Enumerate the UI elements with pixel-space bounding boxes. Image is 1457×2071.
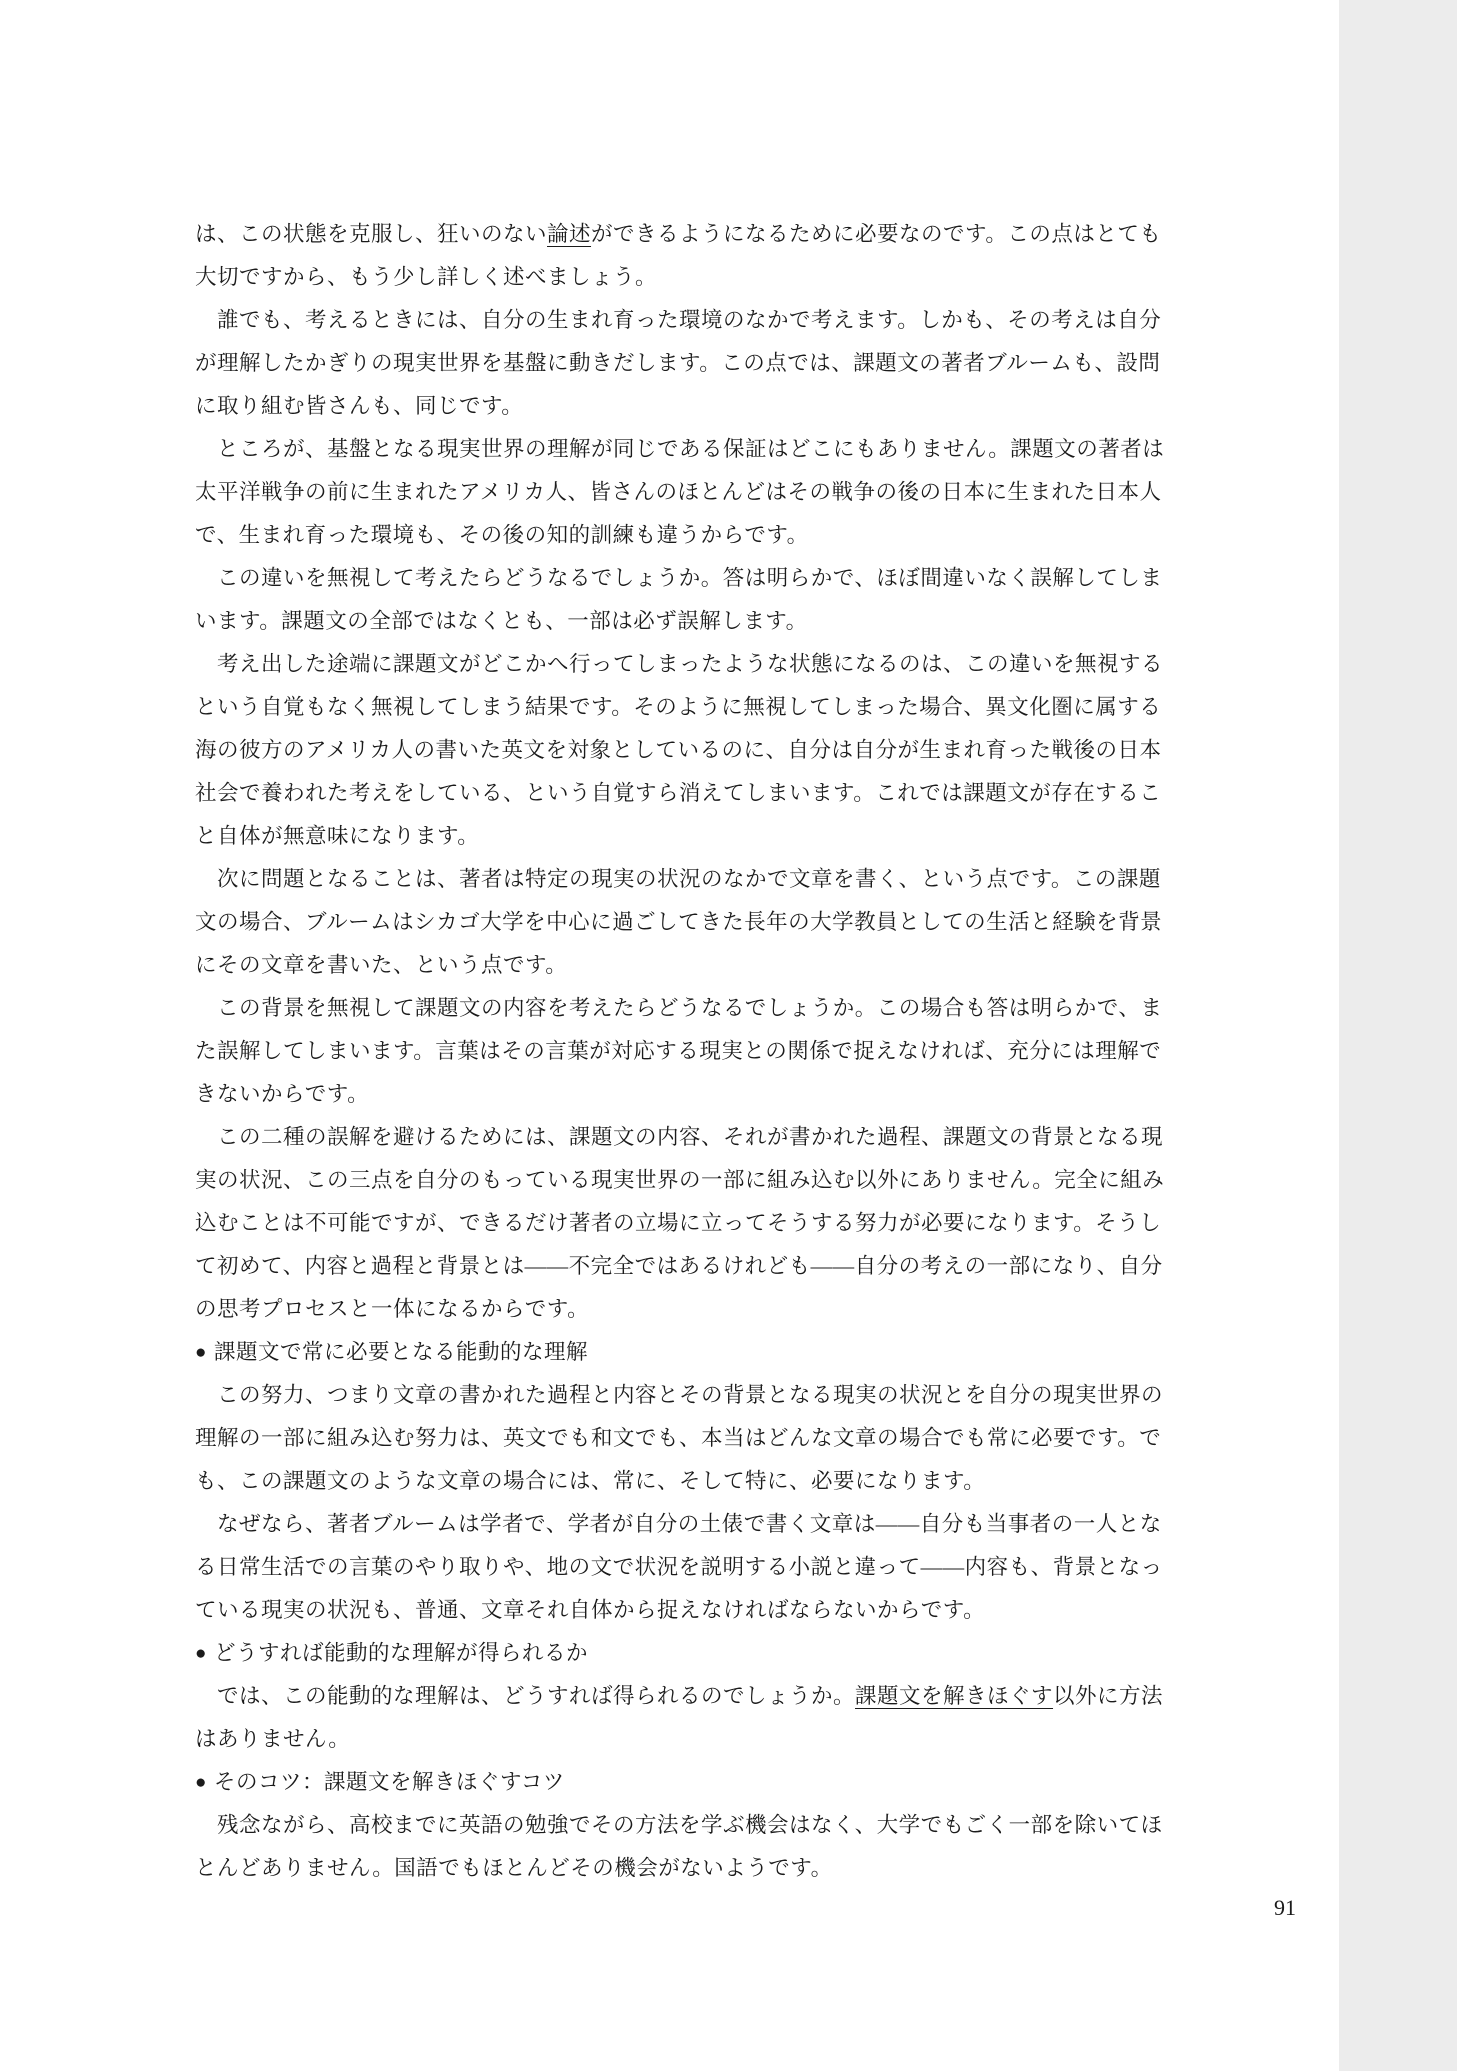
- text-line: る日常生活での言葉のやり取りや、地の文で状況を説明する小説と違って——内容も、背…: [195, 1546, 1253, 1589]
- text-line: も、この課題文のような文章の場合には、常に、そして特に、必要になります。: [195, 1460, 1253, 1503]
- text-segment: 込むことは不可能ですが、できるだけ著者の立場に立ってそうする努力が必要になります…: [195, 1211, 1161, 1235]
- text-line: はありません。: [195, 1718, 1253, 1761]
- text-line: に取り組む皆さんも、同じです。: [195, 385, 1253, 428]
- text-segment: という自覚もなく無視してしまう結果です。そのように無視してしまった場合、異文化圏…: [195, 695, 1161, 719]
- text-segment: 残念ながら、高校までに英語の勉強でその方法を学ぶ機会はなく、大学でもごく一部を除…: [195, 1813, 1163, 1837]
- text-segment: はありません。: [195, 1727, 350, 1751]
- text-segment: が理解したかぎりの現実世界を基盤に動きだします。この点では、課題文の著者ブルーム…: [195, 351, 1160, 375]
- text-segment: ところが、基盤となる現実世界の理解が同じである保証はどこにもありません。課題文の…: [195, 437, 1164, 461]
- text-segment: 理解の一部に組み込む努力は、英文でも和文でも、本当はどんな文章の場合でも常に必要…: [195, 1426, 1161, 1450]
- page-number: 91: [1255, 1893, 1315, 1923]
- text-line: ている現実の状況も、普通、文章それ自体から捉えなければならないからです。: [195, 1589, 1253, 1632]
- text-line: て初めて、内容と過程と背景とは——不完全ではあるけれども——自分の考えの一部にな…: [195, 1245, 1253, 1288]
- text-segment: ている現実の状況も、普通、文章それ自体から捉えなければならないからです。: [195, 1598, 985, 1622]
- text-line: きないからです。: [195, 1073, 1253, 1116]
- bullet-icon: ●: [195, 1761, 207, 1804]
- text-segment: そのコツ：課題文を解きほぐすコツ: [214, 1770, 565, 1794]
- section-heading: ●どうすれば能動的な理解が得られるか: [195, 1632, 1253, 1675]
- text-line: この違いを無視して考えたらどうなるでしょうか。答は明らかで、ほぼ間違いなく誤解し…: [195, 557, 1253, 600]
- text-segment: きないからです。: [195, 1082, 369, 1106]
- text-segment: に取り組む皆さんも、同じです。: [195, 394, 523, 418]
- text-segment: 誰でも、考えるときには、自分の生まれ育った環境のなかで考えます。しかも、その考え…: [195, 308, 1161, 332]
- text-segment: います。課題文の全部ではなくとも、一部は必ず誤解します。: [195, 609, 808, 633]
- text-segment: て初めて、内容と過程と背景とは——不完全ではあるけれども——自分の考えの一部にな…: [195, 1254, 1163, 1278]
- text-line: にその文章を書いた、という点です。: [195, 944, 1253, 987]
- text-segment: 実の状況、この三点を自分のもっている現実世界の一部に組み込む以外にありません。完…: [195, 1168, 1164, 1192]
- text-line: 込むことは不可能ですが、できるだけ著者の立場に立ってそうする努力が必要になります…: [195, 1202, 1253, 1245]
- text-line: この背景を無視して課題文の内容を考えたらどうなるでしょうか。この場合も答は明らか…: [195, 987, 1253, 1030]
- text-segment: 文の場合、ブルームはシカゴ大学を中心に過ごしてきた長年の大学教員としての生活と経…: [195, 910, 1162, 934]
- text-line: ところが、基盤となる現実世界の理解が同じである保証はどこにもありません。課題文の…: [195, 428, 1253, 471]
- text-line: 海の彼方のアメリカ人の書いた英文を対象としているのに、自分は自分が生まれ育った戦…: [195, 729, 1253, 772]
- section-heading: ●そのコツ：課題文を解きほぐすコツ: [195, 1761, 1253, 1804]
- text-segment: る日常生活での言葉のやり取りや、地の文で状況を説明する小説と違って——内容も、背…: [195, 1555, 1163, 1579]
- text-line: 実の状況、この三点を自分のもっている現実世界の一部に組み込む以外にありません。完…: [195, 1159, 1253, 1202]
- text-line: 誰でも、考えるときには、自分の生まれ育った環境のなかで考えます。しかも、その考え…: [195, 299, 1253, 342]
- text-segment: た誤解してしまいます。言葉はその言葉が対応する現実との関係で捉えなければ、充分に…: [195, 1039, 1161, 1063]
- text-segment: 課題文で常に必要となる能動的な理解: [214, 1340, 588, 1364]
- text-segment: ができるようになるために必要なのです。この点はとても: [591, 222, 1161, 246]
- text-segment: なぜなら、著者ブルームは学者で、学者が自分の土俵で書く文章は——自分も当事者の一…: [195, 1512, 1162, 1536]
- text-segment: 以外に方法: [1053, 1684, 1163, 1708]
- underlined-text: 課題文を解きほぐす: [855, 1684, 1053, 1708]
- text-line: 理解の一部に組み込む努力は、英文でも和文でも、本当はどんな文章の場合でも常に必要…: [195, 1417, 1253, 1460]
- bullet-icon: ●: [195, 1632, 207, 1675]
- text-line: 太平洋戦争の前に生まれたアメリカ人、皆さんのほとんどはその戦争の後の日本に生まれ…: [195, 471, 1253, 514]
- text-segment: とんどありません。国語でもほとんどその機会がないようです。: [195, 1856, 833, 1880]
- text-segment: にその文章を書いた、という点です。: [195, 953, 567, 977]
- text-segment: 考え出した途端に課題文がどこかへ行ってしまったような状態になるのは、この違いを無…: [195, 652, 1163, 676]
- text-segment: では、この能動的な理解は、どうすれば得られるのでしょうか。: [195, 1684, 855, 1708]
- text-line: では、この能動的な理解は、どうすれば得られるのでしょうか。課題文を解きほぐす以外…: [195, 1675, 1253, 1718]
- text-line: この二種の誤解を避けるためには、課題文の内容、それが書かれた過程、課題文の背景と…: [195, 1116, 1253, 1159]
- page-right-margin-strip: [1339, 0, 1457, 2071]
- text-segment: の思考プロセスと一体になるからです。: [195, 1297, 589, 1321]
- text-segment: で、生まれ育った環境も、その後の知的訓練も違うからです。: [195, 523, 809, 547]
- text-line: 残念ながら、高校までに英語の勉強でその方法を学ぶ機会はなく、大学でもごく一部を除…: [195, 1804, 1253, 1847]
- text-line: とんどありません。国語でもほとんどその機会がないようです。: [195, 1847, 1253, 1890]
- text-line: なぜなら、著者ブルームは学者で、学者が自分の土俵で書く文章は——自分も当事者の一…: [195, 1503, 1253, 1546]
- text-segment: も、この課題文のような文章の場合には、常に、そして特に、必要になります。: [195, 1469, 985, 1493]
- text-segment: この背景を無視して課題文の内容を考えたらどうなるでしょうか。この場合も答は明らか…: [195, 996, 1162, 1020]
- text-segment: は、この状態を克服し、狂いのない: [195, 222, 547, 246]
- text-line: 文の場合、ブルームはシカゴ大学を中心に過ごしてきた長年の大学教員としての生活と経…: [195, 901, 1253, 944]
- text-line: の思考プロセスと一体になるからです。: [195, 1288, 1253, 1331]
- text-line: が理解したかぎりの現実世界を基盤に動きだします。この点では、課題文の著者ブルーム…: [195, 342, 1253, 385]
- text-line: は、この状態を克服し、狂いのない論述ができるようになるために必要なのです。この点…: [195, 213, 1253, 256]
- text-line: という自覚もなく無視してしまう結果です。そのように無視してしまった場合、異文化圏…: [195, 686, 1253, 729]
- text-line: 次に問題となることは、著者は特定の現実の状況のなかで文章を書く、という点です。こ…: [195, 858, 1253, 901]
- text-line: と自体が無意味になります。: [195, 815, 1253, 858]
- text-segment: どうすれば能動的な理解が得られるか: [214, 1641, 588, 1665]
- underlined-text: 論述: [547, 222, 591, 246]
- body-text: は、この状態を克服し、狂いのない論述ができるようになるために必要なのです。この点…: [195, 213, 1253, 1890]
- text-line: で、生まれ育った環境も、その後の知的訓練も違うからです。: [195, 514, 1253, 557]
- text-segment: この違いを無視して考えたらどうなるでしょうか。答は明らかで、ほぼ間違いなく誤解し…: [195, 566, 1162, 590]
- text-line: この努力、つまり文章の書かれた過程と内容とその背景となる現実の状況とを自分の現実…: [195, 1374, 1253, 1417]
- text-segment: この努力、つまり文章の書かれた過程と内容とその背景となる現実の状況とを自分の現実…: [195, 1383, 1163, 1407]
- text-segment: 次に問題となることは、著者は特定の現実の状況のなかで文章を書く、という点です。こ…: [195, 867, 1161, 891]
- text-segment: 太平洋戦争の前に生まれたアメリカ人、皆さんのほとんどはその戦争の後の日本に生まれ…: [195, 480, 1162, 504]
- text-line: います。課題文の全部ではなくとも、一部は必ず誤解します。: [195, 600, 1253, 643]
- text-segment: 海の彼方のアメリカ人の書いた英文を対象としているのに、自分は自分が生まれ育った戦…: [195, 738, 1162, 762]
- section-heading: ●課題文で常に必要となる能動的な理解: [195, 1331, 1253, 1374]
- bullet-icon: ●: [195, 1331, 207, 1374]
- text-line: 社会で養われた考えをしている、という自覚すら消えてしまいます。これでは課題文が存…: [195, 772, 1253, 815]
- text-segment: と自体が無意味になります。: [195, 824, 479, 848]
- text-line: 考え出した途端に課題文がどこかへ行ってしまったような状態になるのは、この違いを無…: [195, 643, 1253, 686]
- text-segment: この二種の誤解を避けるためには、課題文の内容、それが書かれた過程、課題文の背景と…: [195, 1125, 1163, 1149]
- text-segment: 大切ですから、もう少し詳しく述べましょう。: [195, 265, 657, 289]
- text-line: た誤解してしまいます。言葉はその言葉が対応する現実との関係で捉えなければ、充分に…: [195, 1030, 1253, 1073]
- text-segment: 社会で養われた考えをしている、という自覚すら消えてしまいます。これでは課題文が存…: [195, 781, 1161, 805]
- text-line: 大切ですから、もう少し詳しく述べましょう。: [195, 256, 1253, 299]
